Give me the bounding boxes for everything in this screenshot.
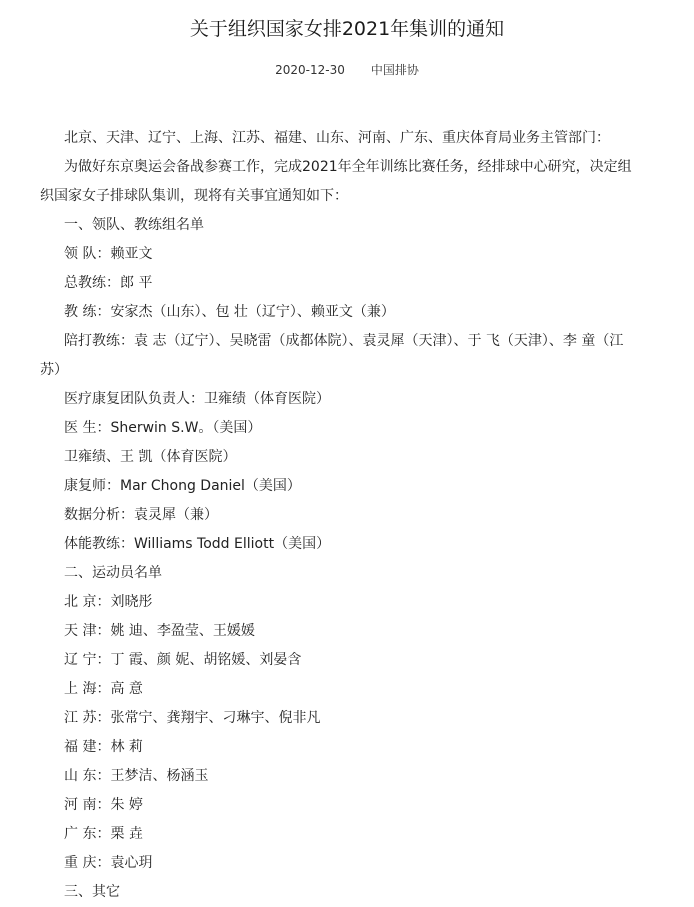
staff-line-coaches: 教 练：安家杰（山东）、包 壮（辽宁）、赖亚文（兼） [40,298,640,327]
publish-date: 2020-12-30 [275,63,345,77]
paragraph-recipients: 北京、天津、辽宁、上海、江苏、福建、山东、河南、广东、重庆体育局业务主管部门： [40,124,640,153]
paragraph-intro: 为做好东京奥运会备战参赛工作，完成2021年全年训练比赛任务，经排球中心研究，决… [40,153,640,211]
article-body: 北京、天津、辽宁、上海、江苏、福建、山东、河南、广东、重庆体育局业务主管部门： … [40,124,640,890]
staff-line-fitness-coach: 体能教练：Williams Todd Elliott（美国） [40,530,640,559]
athletes-liaoning: 辽 宁：丁 霞、颜 妮、胡铭媛、刘晏含 [40,646,640,675]
athletes-tianjin: 天 津：姚 迪、李盈莹、王媛媛 [40,617,640,646]
staff-line-sparring-coaches: 陪打教练：袁 志（辽宁）、吴晓雷（成都体院）、袁灵犀（天津）、于 飞（天津）、李… [40,327,640,385]
staff-line-data-analysis: 数据分析：袁灵犀（兼） [40,501,640,530]
athletes-shandong: 山 东：王梦洁、杨涵玉 [40,762,640,791]
article-title: 关于组织国家女排2021年集训的通知 [0,14,694,41]
staff-line-medical-lead: 医疗康复团队负责人：卫雍绩（体育医院） [40,385,640,414]
athletes-jiangsu: 江 苏：张常宁、龚翔宇、刁琳宇、倪非凡 [40,704,640,733]
section-heading-other: 三、其它 [40,878,640,890]
staff-line-team-leader: 领 队：赖亚文 [40,240,640,269]
athletes-guangdong: 广 东：栗 垚 [40,820,640,849]
staff-line-head-coach: 总教练：郎 平 [40,269,640,298]
athletes-chongqing: 重 庆：袁心玥 [40,849,640,878]
staff-line-physio: 康复师：Mar Chong Daniel（美国） [40,472,640,501]
staff-line-doctors-hospital: 卫雍绩、王 凯（体育医院） [40,443,640,472]
article-source: 中国排协 [371,63,419,77]
athletes-henan: 河 南：朱 婷 [40,791,640,820]
article-meta: 2020-12-30中国排协 [0,61,694,78]
staff-line-doctor: 医 生：Sherwin S.W。（美国） [40,414,640,443]
athletes-fujian: 福 建：林 莉 [40,733,640,762]
section-heading-coaching-staff: 一、领队、教练组名单 [40,211,640,240]
athletes-shanghai: 上 海：高 意 [40,675,640,704]
section-heading-athletes: 二、运动员名单 [40,559,640,588]
athletes-beijing: 北 京：刘晓彤 [40,588,640,617]
